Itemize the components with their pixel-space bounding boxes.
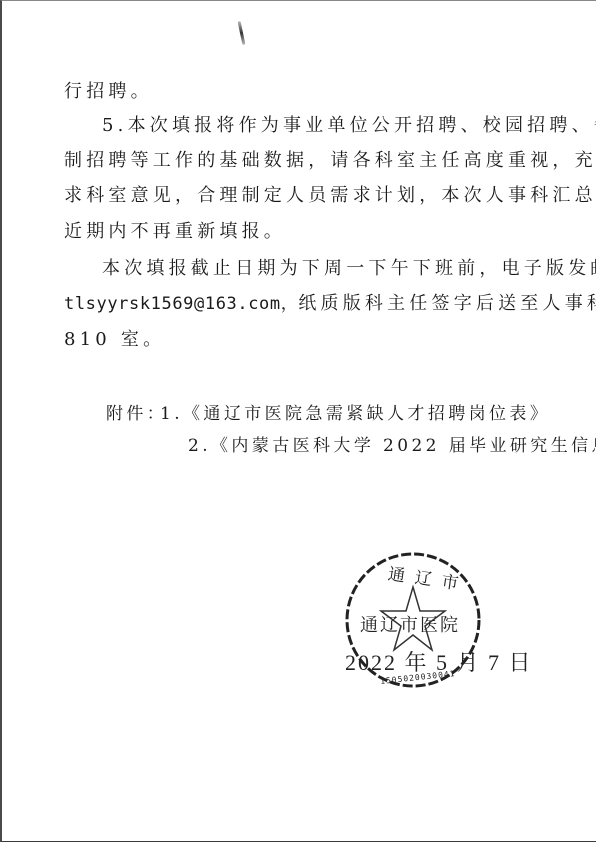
paragraph-line: 本次填报截止日期为下周一下午下班前，电子版发邮箱 (102, 258, 596, 280)
paragraph-line: 制招聘等工作的基础数据，请各科室主任高度重视，充分征 (64, 150, 596, 172)
seal-center-text: 通辽市医院 (360, 611, 460, 637)
paragraph-text: 纸质版科主任签字后送至人事科 (298, 293, 596, 314)
email-line: tlsyyrsk1569@163.com，纸质版科主任签字后送至人事科 (64, 293, 596, 315)
paragraph-line: 5.本次填报将作为事业单位公开招聘、校园招聘、备案 (102, 115, 596, 137)
attachment-item: 2.《内蒙古医科大学 2022 届毕业研究生信息》 (160, 431, 596, 456)
email-address: tlsyyrsk1569@163.com， (64, 294, 298, 314)
document-page: 行招聘。 5.本次填报将作为事业单位公开招聘、校园招聘、备案 制招聘等工作的基础… (0, 0, 596, 842)
issue-date: 2022 年 5 月 7 日 (345, 646, 533, 677)
paragraph-line: 求科室意见，合理制定人员需求计划，本次人事科汇总后， (64, 185, 596, 207)
attachment-item: 1.《通辽市医院急需紧缺人才招聘岗位表》 (160, 399, 550, 424)
paragraph-line: 近期内不再重新填报。 (64, 221, 286, 243)
paragraph-line: 行招聘。 (64, 81, 153, 103)
attachments-label: 附件： (106, 399, 167, 424)
scan-artifact (238, 21, 246, 45)
paragraph-line: 810 室。 (64, 329, 165, 351)
